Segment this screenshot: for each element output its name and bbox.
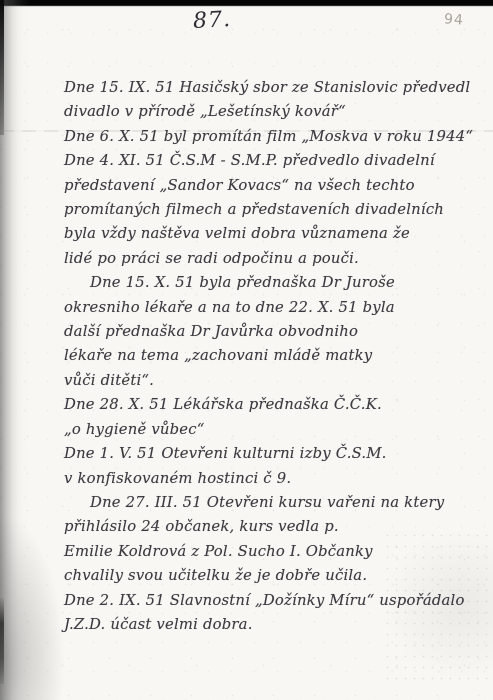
handwritten-line: okresniho lékaře a na to dne 22. X. 51 b… bbox=[64, 296, 464, 320]
handwritten-line: v konfiskovaném hostinci č 9. bbox=[64, 467, 464, 491]
handwritten-line: Dne 1. V. 51 Otevřeni kulturni izby Č.S.… bbox=[64, 442, 464, 466]
page-number: 87. bbox=[192, 7, 231, 34]
handwritten-text-block: Dne 15. IX. 51 Hasičský sbor ze Stanislo… bbox=[64, 76, 464, 637]
handwritten-line: „o hygieně vůbec“ bbox=[64, 418, 464, 442]
pencil-page-mark: 94 bbox=[443, 11, 464, 28]
scan-blotch-bottom-left bbox=[0, 500, 70, 700]
scan-edge-left-black-top bbox=[0, 0, 4, 135]
handwritten-line: lidé po práci se radi odpočinu a pouči. bbox=[64, 247, 464, 271]
handwritten-line: Emilie Koldrová z Pol. Sucho I. Občanky bbox=[64, 540, 464, 564]
handwritten-line: Dne 28. X. 51 Lékářska přednaška Č.Č.K. bbox=[64, 393, 464, 417]
handwritten-line: přihlásilo 24 občanek, kurs vedla p. bbox=[64, 515, 464, 539]
handwritten-line: byla vždy naštěva velmi dobra vůznamena … bbox=[64, 222, 464, 246]
handwritten-line: další přednaška Dr Javůrka obvodniho bbox=[64, 320, 464, 344]
handwritten-line: představení „Sandor Kovacs“ na všech tec… bbox=[64, 174, 464, 198]
handwritten-line: Dne 6. X. 51 byl promítán film „Moskva v… bbox=[64, 125, 464, 149]
handwritten-line: chvalily svou učitelku že je dobře učila… bbox=[64, 564, 464, 588]
handwritten-line: Dne 2. IX. 51 Slavnostní „Dožínky Míru“ … bbox=[64, 589, 464, 613]
handwritten-line: divadlo v přírodě „Lešetínský kovář“ bbox=[64, 100, 464, 124]
handwritten-line: J.Z.D. účast velmi dobra. bbox=[64, 613, 464, 637]
handwritten-line: Dne 4. XI. 51 Č.S.M - S.M.P. předvedlo d… bbox=[64, 149, 464, 173]
scan-edge-top bbox=[0, 0, 493, 7]
handwritten-line: vůči ditěti“. bbox=[64, 369, 464, 393]
handwritten-line: promítaných filmech a představeních diva… bbox=[64, 198, 464, 222]
handwritten-line: Dne 15. IX. 51 Hasičský sbor ze Stanislo… bbox=[64, 76, 464, 100]
scanned-chronicle-page: 87. 94 Dne 15. IX. 51 Hasičský sbor ze S… bbox=[0, 0, 493, 700]
handwritten-line: lékaře na tema „zachovani mládě matky bbox=[64, 344, 464, 368]
handwritten-line: Dne 15. X. 51 byla přednaška Dr Juroše bbox=[64, 271, 464, 295]
handwritten-line: Dne 27. III. 51 Otevřeni kursu vařeni na… bbox=[64, 491, 464, 515]
